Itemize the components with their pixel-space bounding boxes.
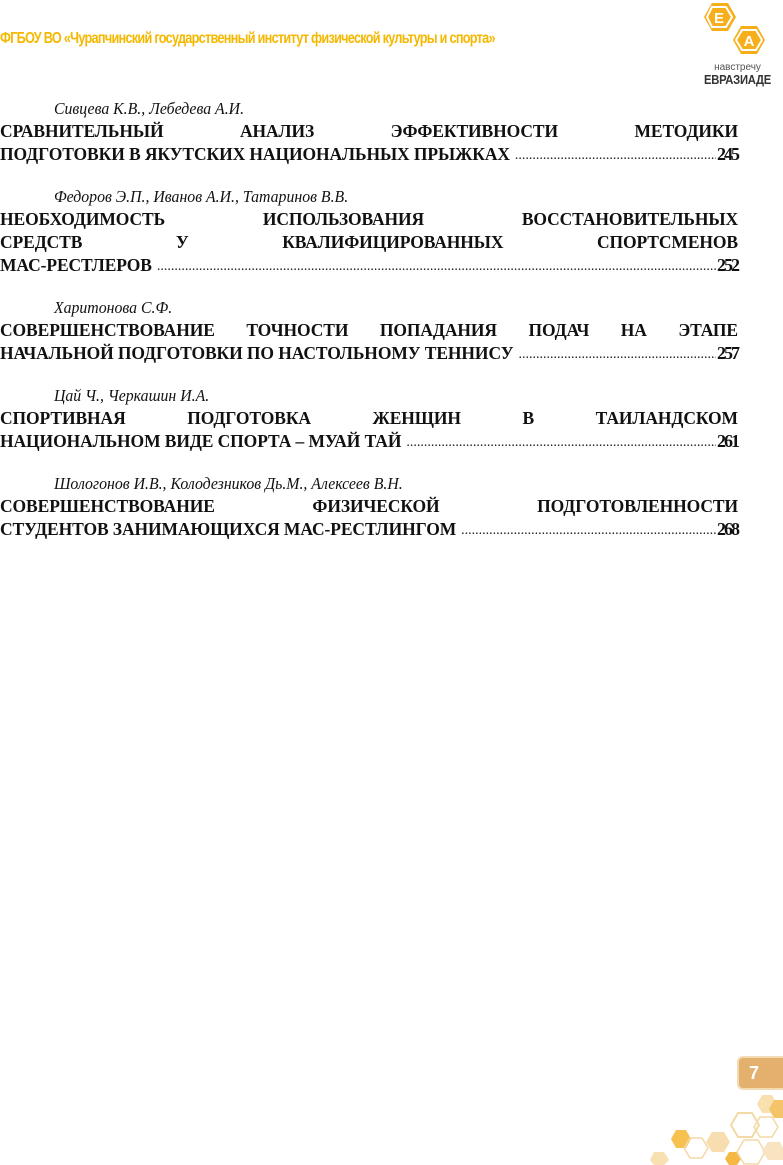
toc-title-word: НА bbox=[621, 319, 647, 342]
toc-title-text: НАЦИОНАЛЬНОМ ВИДЕ СПОРТА – МУАЙ ТАЙ bbox=[0, 430, 401, 453]
toc-title-last-line: МАС-РЕСТЛЕРОВ...........................… bbox=[0, 254, 738, 277]
toc-title-last-line: НАЧАЛЬНОЙ ПОДГОТОВКИ ПО НАСТОЛЬНОМУ ТЕНН… bbox=[0, 342, 738, 365]
toc-title-word: ЖЕНЩИН bbox=[373, 407, 461, 430]
toc-title-word: ФИЗИЧЕСКОЙ bbox=[312, 495, 439, 518]
toc-title-word: ТАИЛАНДСКОМ bbox=[596, 407, 738, 430]
logo-subtitle-big: ЕВРАЗИАДЕ bbox=[697, 73, 779, 87]
toc-title-word: КВАЛИФИЦИРОВАННЫХ bbox=[282, 231, 503, 254]
toc-page-number[interactable]: 245 bbox=[717, 143, 738, 166]
toc-leader-dots: ........................................… bbox=[519, 345, 717, 365]
toc-title-word: ТОЧНОСТИ bbox=[246, 319, 348, 342]
toc-title-word: СРАВНИТЕЛЬНЫЙ bbox=[0, 120, 163, 143]
toc-title-word: У bbox=[176, 231, 189, 254]
toc-leader-dots: ........................................… bbox=[461, 521, 716, 541]
toc-title-line: СОВЕРШЕНСТВОВАНИЕФИЗИЧЕСКОЙПОДГОТОВЛЕННО… bbox=[0, 495, 738, 518]
toc-title-word: В bbox=[523, 407, 535, 430]
toc-authors: Харитонова С.Ф. bbox=[0, 297, 686, 319]
honeycomb-decoration-icon bbox=[650, 1090, 783, 1165]
toc-title-line: СРАВНИТЕЛЬНЫЙАНАЛИЗЭФФЕКТИВНОСТИМЕТОДИКИ bbox=[0, 120, 738, 143]
toc-entry[interactable]: Федоров Э.П., Иванов А.И., Татаринов В.В… bbox=[0, 186, 738, 277]
toc-title-word: МЕТОДИКИ bbox=[634, 120, 738, 143]
toc-title-word: ЭТАПЕ bbox=[678, 319, 738, 342]
toc-title-word: ПОДГОТОВЛЕННОСТИ bbox=[537, 495, 738, 518]
toc-title-word: ВОССТАНОВИТЕЛЬНЫХ bbox=[522, 208, 738, 231]
toc-authors: Федоров Э.П., Иванов А.И., Татаринов В.В… bbox=[0, 186, 686, 208]
toc-title-line: СРЕДСТВУКВАЛИФИЦИРОВАННЫХСПОРТСМЕНОВ bbox=[0, 231, 738, 254]
toc-title-word: НЕОБХОДИМОСТЬ bbox=[0, 208, 165, 231]
toc-title-text: ПОДГОТОВКИ В ЯКУТСКИХ НАЦИОНАЛЬНЫХ ПРЫЖК… bbox=[0, 143, 510, 166]
svg-text:Е: Е bbox=[714, 10, 724, 27]
toc-entry[interactable]: Шологонов И.В., Колодезников Дь.М., Алек… bbox=[0, 473, 738, 541]
toc-entry[interactable]: Харитонова С.Ф.СОВЕРШЕНСТВОВАНИЕТОЧНОСТИ… bbox=[0, 297, 738, 365]
toc-title-last-line: ПОДГОТОВКИ В ЯКУТСКИХ НАЦИОНАЛЬНЫХ ПРЫЖК… bbox=[0, 143, 738, 166]
euroasiad-logo: Е А навстречу ЕВРАЗИАДЕ bbox=[692, 0, 783, 95]
toc-page-number[interactable]: 257 bbox=[717, 342, 738, 365]
toc-page-number[interactable]: 268 bbox=[717, 518, 738, 541]
toc-title-line: СОВЕРШЕНСТВОВАНИЕТОЧНОСТИПОПАДАНИЯПОДАЧН… bbox=[0, 319, 738, 342]
toc-title-word: ИСПОЛЬЗОВАНИЯ bbox=[263, 208, 424, 231]
toc-title-last-line: НАЦИОНАЛЬНОМ ВИДЕ СПОРТА – МУАЙ ТАЙ.....… bbox=[0, 430, 738, 453]
toc-entry[interactable]: Сивцева К.В., Лебедева А.И.СРАВНИТЕЛЬНЫЙ… bbox=[0, 98, 738, 166]
toc-authors: Шологонов И.В., Колодезников Дь.М., Алек… bbox=[0, 473, 686, 495]
toc-leader-dots: ........................................… bbox=[157, 257, 716, 277]
toc-title-text: НАЧАЛЬНОЙ ПОДГОТОВКИ ПО НАСТОЛЬНОМУ ТЕНН… bbox=[0, 342, 514, 365]
toc-page-number[interactable]: 252 bbox=[717, 254, 738, 277]
hexagon-ea-logo-icon: Е А bbox=[692, 0, 783, 62]
toc-leader-dots: ........................................… bbox=[515, 146, 716, 166]
institution-header: ФГБОУ ВО «Чурапчинский государственный и… bbox=[0, 30, 495, 48]
toc-title-word: СОВЕРШЕНСТВОВАНИЕ bbox=[0, 319, 215, 342]
toc-authors: Цай Ч., Черкашин И.А. bbox=[0, 385, 686, 407]
toc-title-text: СТУДЕНТОВ ЗАНИМАЮЩИХСЯ МАС-РЕСТЛИНГОМ bbox=[0, 518, 456, 541]
toc-leader-dots: ........................................… bbox=[406, 433, 716, 453]
toc-title-last-line: СТУДЕНТОВ ЗАНИМАЮЩИХСЯ МАС-РЕСТЛИНГОМ...… bbox=[0, 518, 738, 541]
table-of-contents: Сивцева К.В., Лебедева А.И.СРАВНИТЕЛЬНЫЙ… bbox=[0, 98, 738, 561]
logo-subtitle-small: навстречу bbox=[692, 62, 783, 73]
page-number-badge: 7 bbox=[737, 1056, 783, 1090]
toc-entry[interactable]: Цай Ч., Черкашин И.А.СПОРТИВНАЯПОДГОТОВК… bbox=[0, 385, 738, 453]
toc-title-line: СПОРТИВНАЯПОДГОТОВКАЖЕНЩИНВТАИЛАНДСКОМ bbox=[0, 407, 738, 430]
svg-text:А: А bbox=[744, 33, 755, 50]
toc-page-number[interactable]: 261 bbox=[717, 430, 738, 453]
toc-title-word: СПОРТИВНАЯ bbox=[0, 407, 126, 430]
toc-title-word: СРЕДСТВ bbox=[0, 231, 82, 254]
toc-title-line: НЕОБХОДИМОСТЬИСПОЛЬЗОВАНИЯВОССТАНОВИТЕЛЬ… bbox=[0, 208, 738, 231]
toc-title-word: ПОПАДАНИЯ bbox=[380, 319, 497, 342]
toc-title-word: АНАЛИЗ bbox=[240, 120, 314, 143]
toc-title-word: ПОДАЧ bbox=[529, 319, 590, 342]
toc-title-word: ЭФФЕКТИВНОСТИ bbox=[391, 120, 558, 143]
toc-title-word: СОВЕРШЕНСТВОВАНИЕ bbox=[0, 495, 215, 518]
toc-title-text: МАС-РЕСТЛЕРОВ bbox=[0, 254, 152, 277]
toc-title-word: СПОРТСМЕНОВ bbox=[597, 231, 738, 254]
toc-authors: Сивцева К.В., Лебедева А.И. bbox=[0, 98, 686, 120]
toc-title-word: ПОДГОТОВКА bbox=[187, 407, 311, 430]
